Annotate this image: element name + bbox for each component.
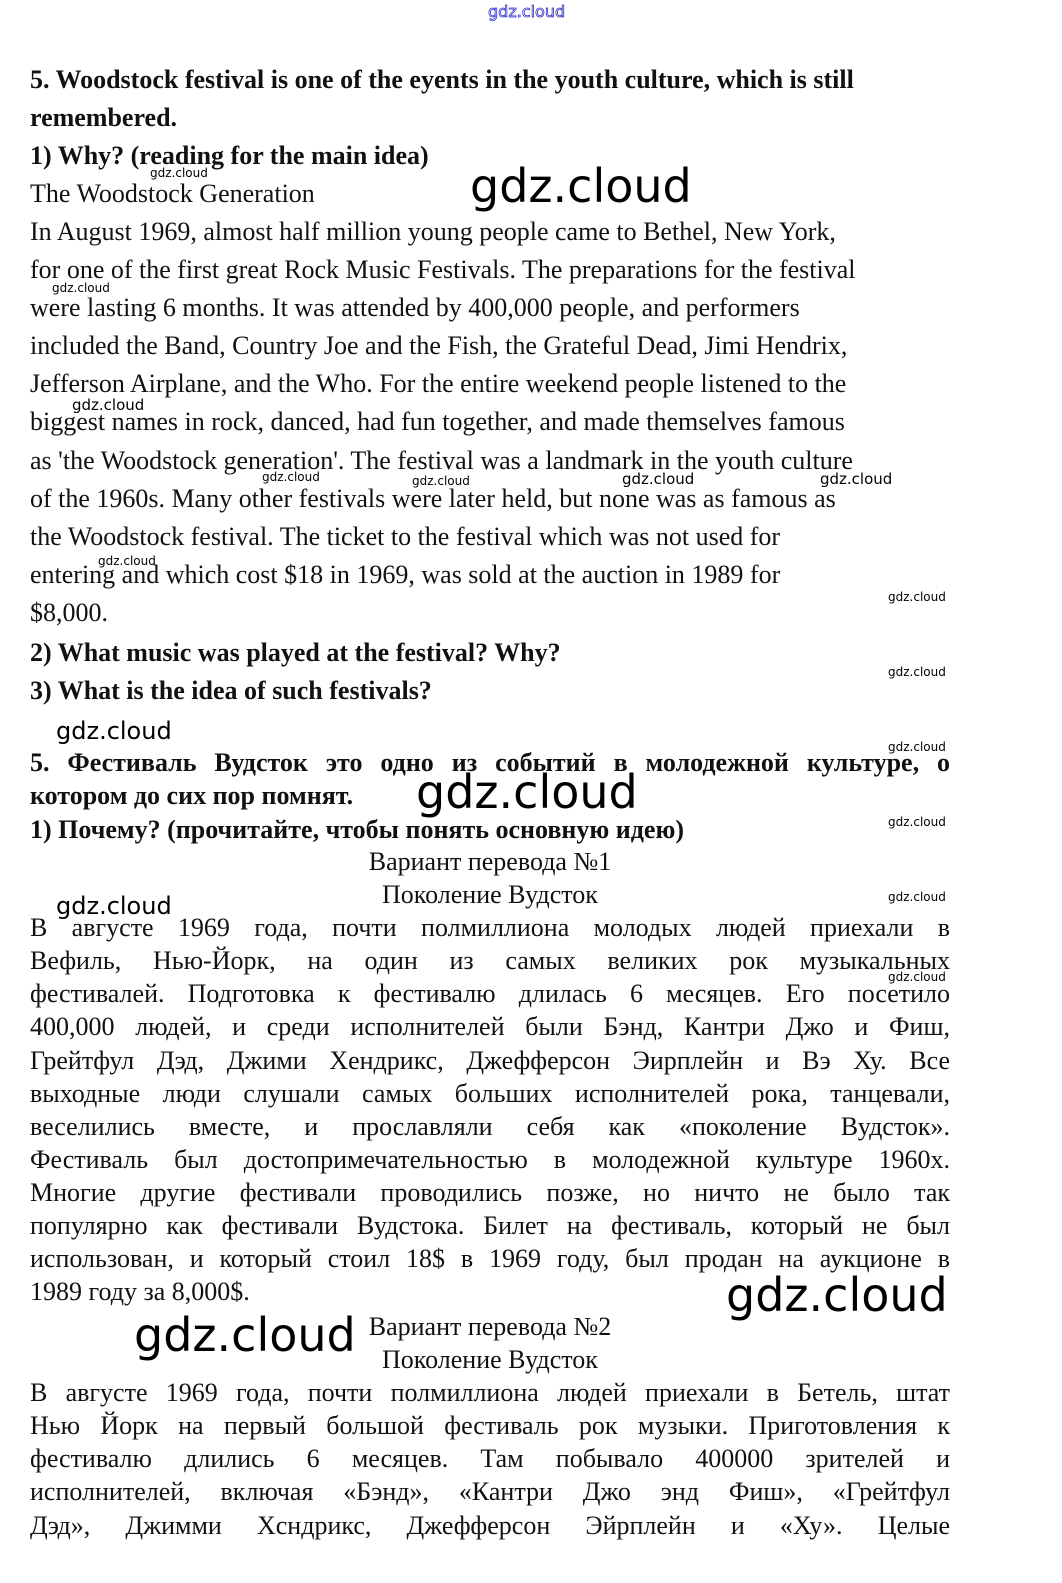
watermark: gdz.cloud bbox=[726, 1272, 948, 1318]
text-line-ru: Вефиль, Нью-Йорк, на один из самых велик… bbox=[30, 946, 950, 976]
text-line-ru-v2: исполнителей, включая «Бэнд», «Кантри Дж… bbox=[30, 1477, 950, 1507]
text-line-ru-v2: фестивалю длились 6 месяцев. Там побывал… bbox=[30, 1444, 950, 1474]
text-line-en: included the Band, Country Joe and the F… bbox=[30, 331, 847, 361]
watermark: gdz.cloud bbox=[150, 167, 208, 179]
text-line-ru: фестивалей. Подготовка к фестивалю длила… bbox=[30, 979, 950, 1009]
watermark: gdz.cloud bbox=[470, 163, 692, 209]
text-line-en: $8,000. bbox=[30, 598, 108, 628]
variant-1-label: Вариант перевода №1 bbox=[0, 847, 980, 877]
text-line-ru-v2: Нью Йорк на первый большой фестиваль рок… bbox=[30, 1411, 950, 1441]
question-1-ru: 1) Почему? (прочитайте, чтобы понять осн… bbox=[30, 815, 684, 845]
task-title-en-line2: remembered. bbox=[30, 103, 177, 133]
text-title-en: The Woodstock Generation bbox=[30, 179, 315, 209]
text-line-ru: выходные люди слушали самых больших испо… bbox=[30, 1079, 950, 1109]
text-line-ru-v2: Дэд», Джимми Хсндрикс, Джефферсон Эйрпле… bbox=[30, 1511, 950, 1541]
watermark: gdz.cloud bbox=[888, 591, 946, 603]
question-1-en: 1) Why? (reading for the main idea) bbox=[30, 141, 429, 171]
task-title-en-line1: 5. Woodstock festival is one of the eyen… bbox=[30, 65, 854, 95]
watermark: gdz.cloud bbox=[56, 719, 172, 743]
text-line-ru: популярно как фестивали Вудстока. Билет … bbox=[30, 1211, 950, 1241]
text-line-en: Jefferson Airplane, and the Who. For the… bbox=[30, 369, 846, 399]
text-line-ru: веселились вместе, и прославляли себя ка… bbox=[30, 1112, 950, 1142]
watermark: gdz.cloud bbox=[98, 555, 156, 567]
text-line-en: were lasting 6 months. It was attended b… bbox=[30, 293, 800, 323]
watermark: gdz.cloud bbox=[888, 741, 946, 753]
watermark: gdz.cloud bbox=[52, 282, 110, 294]
text-line-en: for one of the first great Rock Music Fe… bbox=[30, 255, 856, 285]
watermark: gdz.cloud bbox=[820, 472, 892, 487]
task-title-ru-line2: котором до сих пор помнят. bbox=[30, 781, 353, 811]
watermark: gdz.cloud bbox=[56, 894, 172, 918]
text-line-en: In August 1969, almost half million youn… bbox=[30, 217, 836, 247]
text-line-ru-v2: В августе 1969 года, почти полмиллиона л… bbox=[30, 1378, 950, 1408]
watermark-top: gdz.cloud bbox=[488, 2, 565, 21]
watermark: gdz.cloud bbox=[888, 891, 946, 903]
text-line-ru: 400,000 людей, и среди исполнителей были… bbox=[30, 1012, 950, 1042]
text-line-ru: Грейтфул Дэд, Джими Хендрикс, Джефферсон… bbox=[30, 1046, 950, 1076]
watermark: gdz.cloud bbox=[262, 471, 320, 483]
question-3-en: 3) What is the idea of such festivals? bbox=[30, 676, 432, 706]
text-line-ru: Многие другие фестивали проводились позж… bbox=[30, 1178, 950, 1208]
watermark: gdz.cloud bbox=[416, 769, 638, 815]
text-line-en: of the 1960s. Many other festivals were … bbox=[30, 484, 836, 514]
text-line-ru: 1989 году за 8,000$. bbox=[30, 1277, 250, 1307]
text-line-en: biggest names in rock, danced, had fun t… bbox=[30, 407, 845, 437]
text-line-ru: Фестиваль был достопримечательностью в м… bbox=[30, 1145, 950, 1175]
question-2-en: 2) What music was played at the festival… bbox=[30, 638, 561, 668]
text-line-en: the Woodstock festival. The ticket to th… bbox=[30, 522, 780, 552]
text-line-en: as 'the Woodstock generation'. The festi… bbox=[30, 446, 853, 476]
watermark: gdz.cloud bbox=[622, 472, 694, 487]
watermark: gdz.cloud bbox=[888, 816, 946, 828]
watermark: gdz.cloud bbox=[134, 1312, 356, 1358]
watermark: gdz.cloud bbox=[888, 971, 946, 983]
watermark: gdz.cloud bbox=[412, 475, 470, 487]
watermark: gdz.cloud bbox=[72, 398, 144, 413]
document-page: gdz.cloud 5. Woodstock festival is one o… bbox=[0, 0, 1062, 1583]
watermark: gdz.cloud bbox=[888, 666, 946, 678]
